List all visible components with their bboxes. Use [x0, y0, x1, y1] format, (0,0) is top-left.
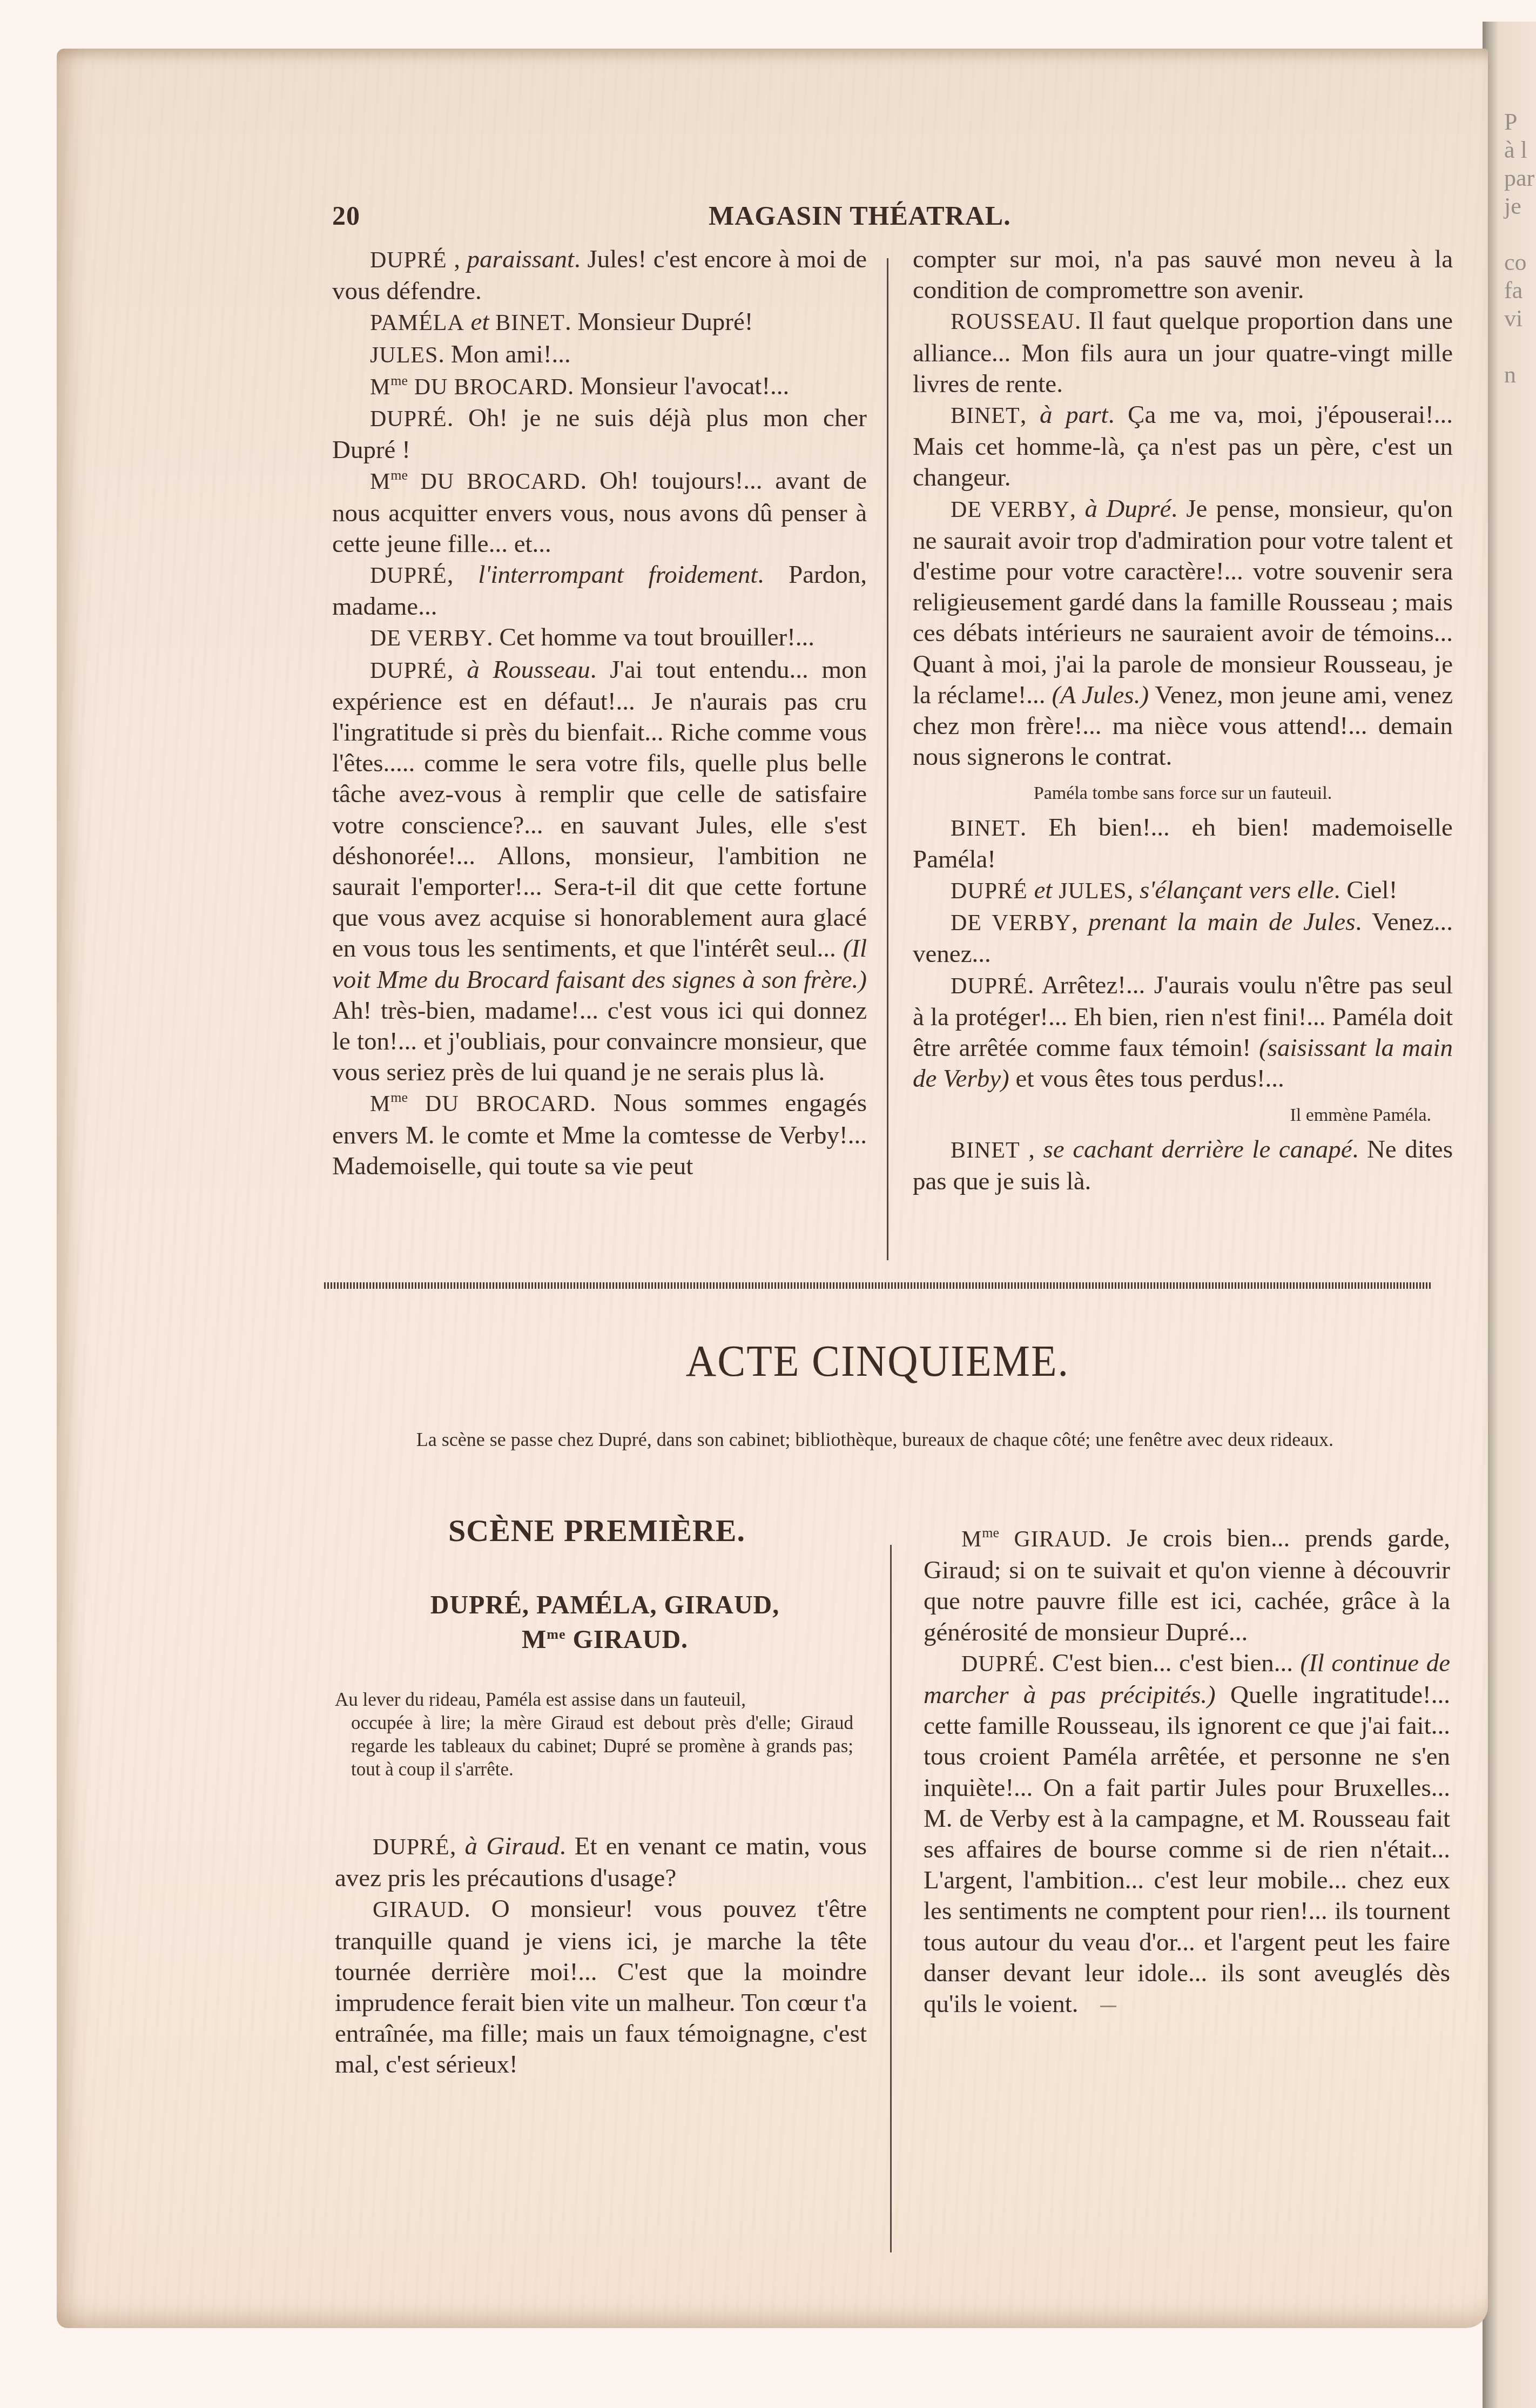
dialogue: . O monsieur! vous pouvez t'être tranqui… — [335, 1895, 867, 2079]
dialogue: . Ciel! — [1334, 876, 1397, 904]
dialogue: . C'est bien... c'est bien... — [1039, 1649, 1301, 1677]
speaker-name: BINET — [951, 403, 1020, 428]
speaker-name: GIRAUD — [999, 1527, 1106, 1552]
speaker-title-superscript: me — [390, 373, 408, 388]
dialogue: . Mon ami!... — [438, 340, 570, 368]
adjacent-page-text: P à l par je co fa vi n — [1504, 108, 1534, 389]
scene-characters: DUPRÉ, PAMÉLA, GIRAUD, Mme GIRAUD. — [346, 1588, 864, 1657]
speech: Mme DU BROCARD. Oh! toujours!... avant d… — [332, 466, 867, 560]
speaker-name: M — [370, 469, 390, 494]
speaker-name: ROUSSEAU — [951, 310, 1075, 334]
top-left-column: DUPRÉ , paraissant. Jules! c'est encore … — [332, 244, 867, 1182]
speech: DUPRÉ. Arrêtez!... J'aurais voulu n'être… — [913, 970, 1453, 1095]
scene-title: SCÈNE PREMIÈRE. — [332, 1512, 861, 1549]
stage-direction: à part — [1040, 401, 1108, 429]
speech: BINET , se cachant derrière le canapé. N… — [913, 1134, 1453, 1197]
speaker-name: PAMÉLA — [370, 311, 464, 335]
separator: , — [447, 245, 467, 273]
speaker-name: DE VERBY — [370, 626, 487, 651]
separator: , — [447, 656, 467, 684]
speaker-name: BINET — [495, 311, 565, 335]
speech: DE VERBY, à Dupré. Je pense, monsieur, q… — [913, 494, 1453, 773]
speaker-name: DUPRÉ — [370, 407, 447, 432]
page-number: 20 — [332, 200, 360, 231]
speaker-name: DU BROCARD — [408, 469, 580, 494]
dialogue: Ah! très-bien, madame!... c'est vous ici… — [332, 997, 867, 1086]
speaker-name: JULES — [1059, 879, 1127, 904]
dialogue: . J'ai tout entendu... mon expérience es… — [332, 656, 867, 963]
speaker-name: GIRAUD — [373, 1898, 464, 1922]
adjacent-page-edge: P à l par je co fa vi n — [1483, 22, 1536, 2408]
speaker-name: DUPRÉ — [961, 1652, 1039, 1677]
trailing-dash — [1100, 2006, 1116, 2007]
speaker-name: M — [370, 1092, 390, 1116]
speaker-name: DE VERBY — [951, 497, 1070, 522]
speaker-name: DUPRÉ — [370, 563, 447, 588]
separator: , — [447, 561, 479, 589]
speaker-name: DU BROCARD — [408, 1092, 590, 1116]
speaker-name: DE VERBY — [951, 911, 1072, 936]
speaker-joiner: et — [1028, 876, 1059, 904]
speech: Mme DU BROCARD. Monsieur l'avocat!... — [332, 371, 867, 403]
top-right-column: compter sur moi, n'a pas sauvé mon neveu… — [913, 244, 1453, 1197]
speaker-name: BINET — [951, 816, 1020, 841]
speech: DUPRÉ, à Giraud. Et en venant ce matin, … — [335, 1831, 867, 1894]
speaker-name: DUPRÉ — [951, 879, 1028, 904]
separator: , — [450, 1832, 465, 1860]
speech: DE VERBY, prenant la main de Jules. Vene… — [913, 907, 1453, 970]
speaker-name: M — [370, 375, 390, 400]
bottom-left-column: DUPRÉ, à Giraud. Et en venant ce matin, … — [335, 1831, 867, 2081]
speech: PAMÉLA et BINET. Monsieur Dupré! — [332, 307, 867, 339]
speech: DUPRÉ, à Rousseau. J'ai tout entendu... … — [332, 655, 867, 1088]
dialogue: . Je pense, monsieur, qu'on ne saurait a… — [913, 495, 1453, 709]
stage-direction: prenant la main de Jules — [1088, 908, 1355, 936]
column-rule — [890, 1545, 892, 2252]
speaker-title-superscript: me — [390, 1090, 408, 1106]
speaker-name: M — [961, 1527, 982, 1552]
speaker-name: DUPRÉ — [370, 248, 447, 273]
speaker-name: DUPRÉ — [373, 1835, 450, 1860]
characters-line: DUPRÉ, PAMÉLA, GIRAUD, — [346, 1588, 864, 1623]
speech: DUPRÉ. Oh! je ne suis déjà plus mon cher… — [332, 403, 867, 466]
separator: , — [1127, 876, 1140, 904]
stage-direction: se cachant derrière le canapé — [1043, 1135, 1352, 1163]
speaker-name: BINET — [951, 1138, 1020, 1163]
stage-direction: Paméla tombe sans force sur un fauteuil. — [913, 778, 1431, 809]
speech: JULES. Mon ami!... — [332, 339, 867, 371]
speech: DE VERBY. Cet homme va tout brouiller!..… — [332, 622, 867, 654]
bottom-right-column: Mme GIRAUD. Je crois bien... prends gard… — [924, 1523, 1450, 2020]
stage-direction: à Giraud — [465, 1832, 560, 1860]
stage-direction: Il emmène Paméla. — [913, 1100, 1431, 1131]
dialogue: . Cet homme va tout brouiller!... — [487, 623, 814, 651]
speaker-name: DUPRÉ — [370, 658, 447, 683]
speaker-name: DU BROCARD — [408, 375, 568, 400]
running-title: MAGASIN THÉATRAL. — [709, 200, 1011, 231]
dialogue: . Monsieur l'avocat!... — [568, 372, 789, 400]
speech: DUPRÉ. C'est bien... c'est bien... (Il c… — [924, 1648, 1450, 2020]
speaker-title-superscript: me — [390, 468, 408, 483]
speech: BINET, à part. Ça me va, moi, j'épousera… — [913, 400, 1453, 494]
separator: , — [1020, 401, 1040, 429]
speaker-joiner: et — [464, 308, 495, 336]
running-header: 20 MAGASIN THÉATRAL. — [324, 194, 1431, 238]
speech: ROUSSEAU. Il faut quelque proportion dan… — [913, 306, 1453, 400]
dialogue: . Monsieur Dupré! — [565, 308, 753, 336]
speech: GIRAUD. O monsieur! vous pouvez t'être t… — [335, 1894, 867, 2080]
act-title: ACTE CINQUIEME. — [324, 1336, 1431, 1387]
dialogue: et vous êtes tous perdus!... — [1009, 1065, 1284, 1093]
speech: Mme DU BROCARD. Nous sommes engagés enve… — [332, 1088, 867, 1182]
dialogue: Quelle ingratitude!... cette famille Rou… — [924, 1681, 1450, 2018]
stage-direction: paraissant — [467, 245, 575, 273]
column-rule — [887, 258, 888, 1260]
speaker-name: DUPRÉ — [951, 974, 1028, 999]
speaker-name: JULES — [370, 343, 438, 368]
continued-speech: compter sur moi, n'a pas sauvé mon neveu… — [913, 244, 1453, 306]
speech: DUPRÉ , paraissant. Jules! c'est encore … — [332, 244, 867, 307]
scene-description: Au lever du rideau, Paméla est assise da… — [335, 1688, 853, 1781]
speaker-title-superscript: me — [982, 1525, 999, 1541]
speech: DUPRÉ, l'interrompant froidement. Pardon… — [332, 560, 867, 622]
speech: BINET. Eh bien!... eh bien! mademoiselle… — [913, 812, 1453, 875]
speech: Mme GIRAUD. Je crois bien... prends gard… — [924, 1523, 1450, 1648]
stage-direction: s'élançant vers elle — [1140, 876, 1334, 904]
act-setting: La scène se passe chez Dupré, dans son c… — [367, 1426, 1383, 1453]
stage-direction: à Rousseau — [467, 656, 590, 684]
characters-line: Mme GIRAUD. — [346, 1623, 864, 1657]
stage-direction: (A Jules.) — [1052, 681, 1149, 709]
separator: , — [1072, 908, 1088, 936]
stage-direction: à Dupré — [1084, 495, 1171, 523]
separator: , — [1070, 495, 1085, 523]
speech: DUPRÉ et JULES, s'élançant vers elle. Ci… — [913, 875, 1453, 907]
stage-direction: l'interrompant froidement — [478, 561, 757, 589]
separator: , — [1020, 1135, 1043, 1163]
